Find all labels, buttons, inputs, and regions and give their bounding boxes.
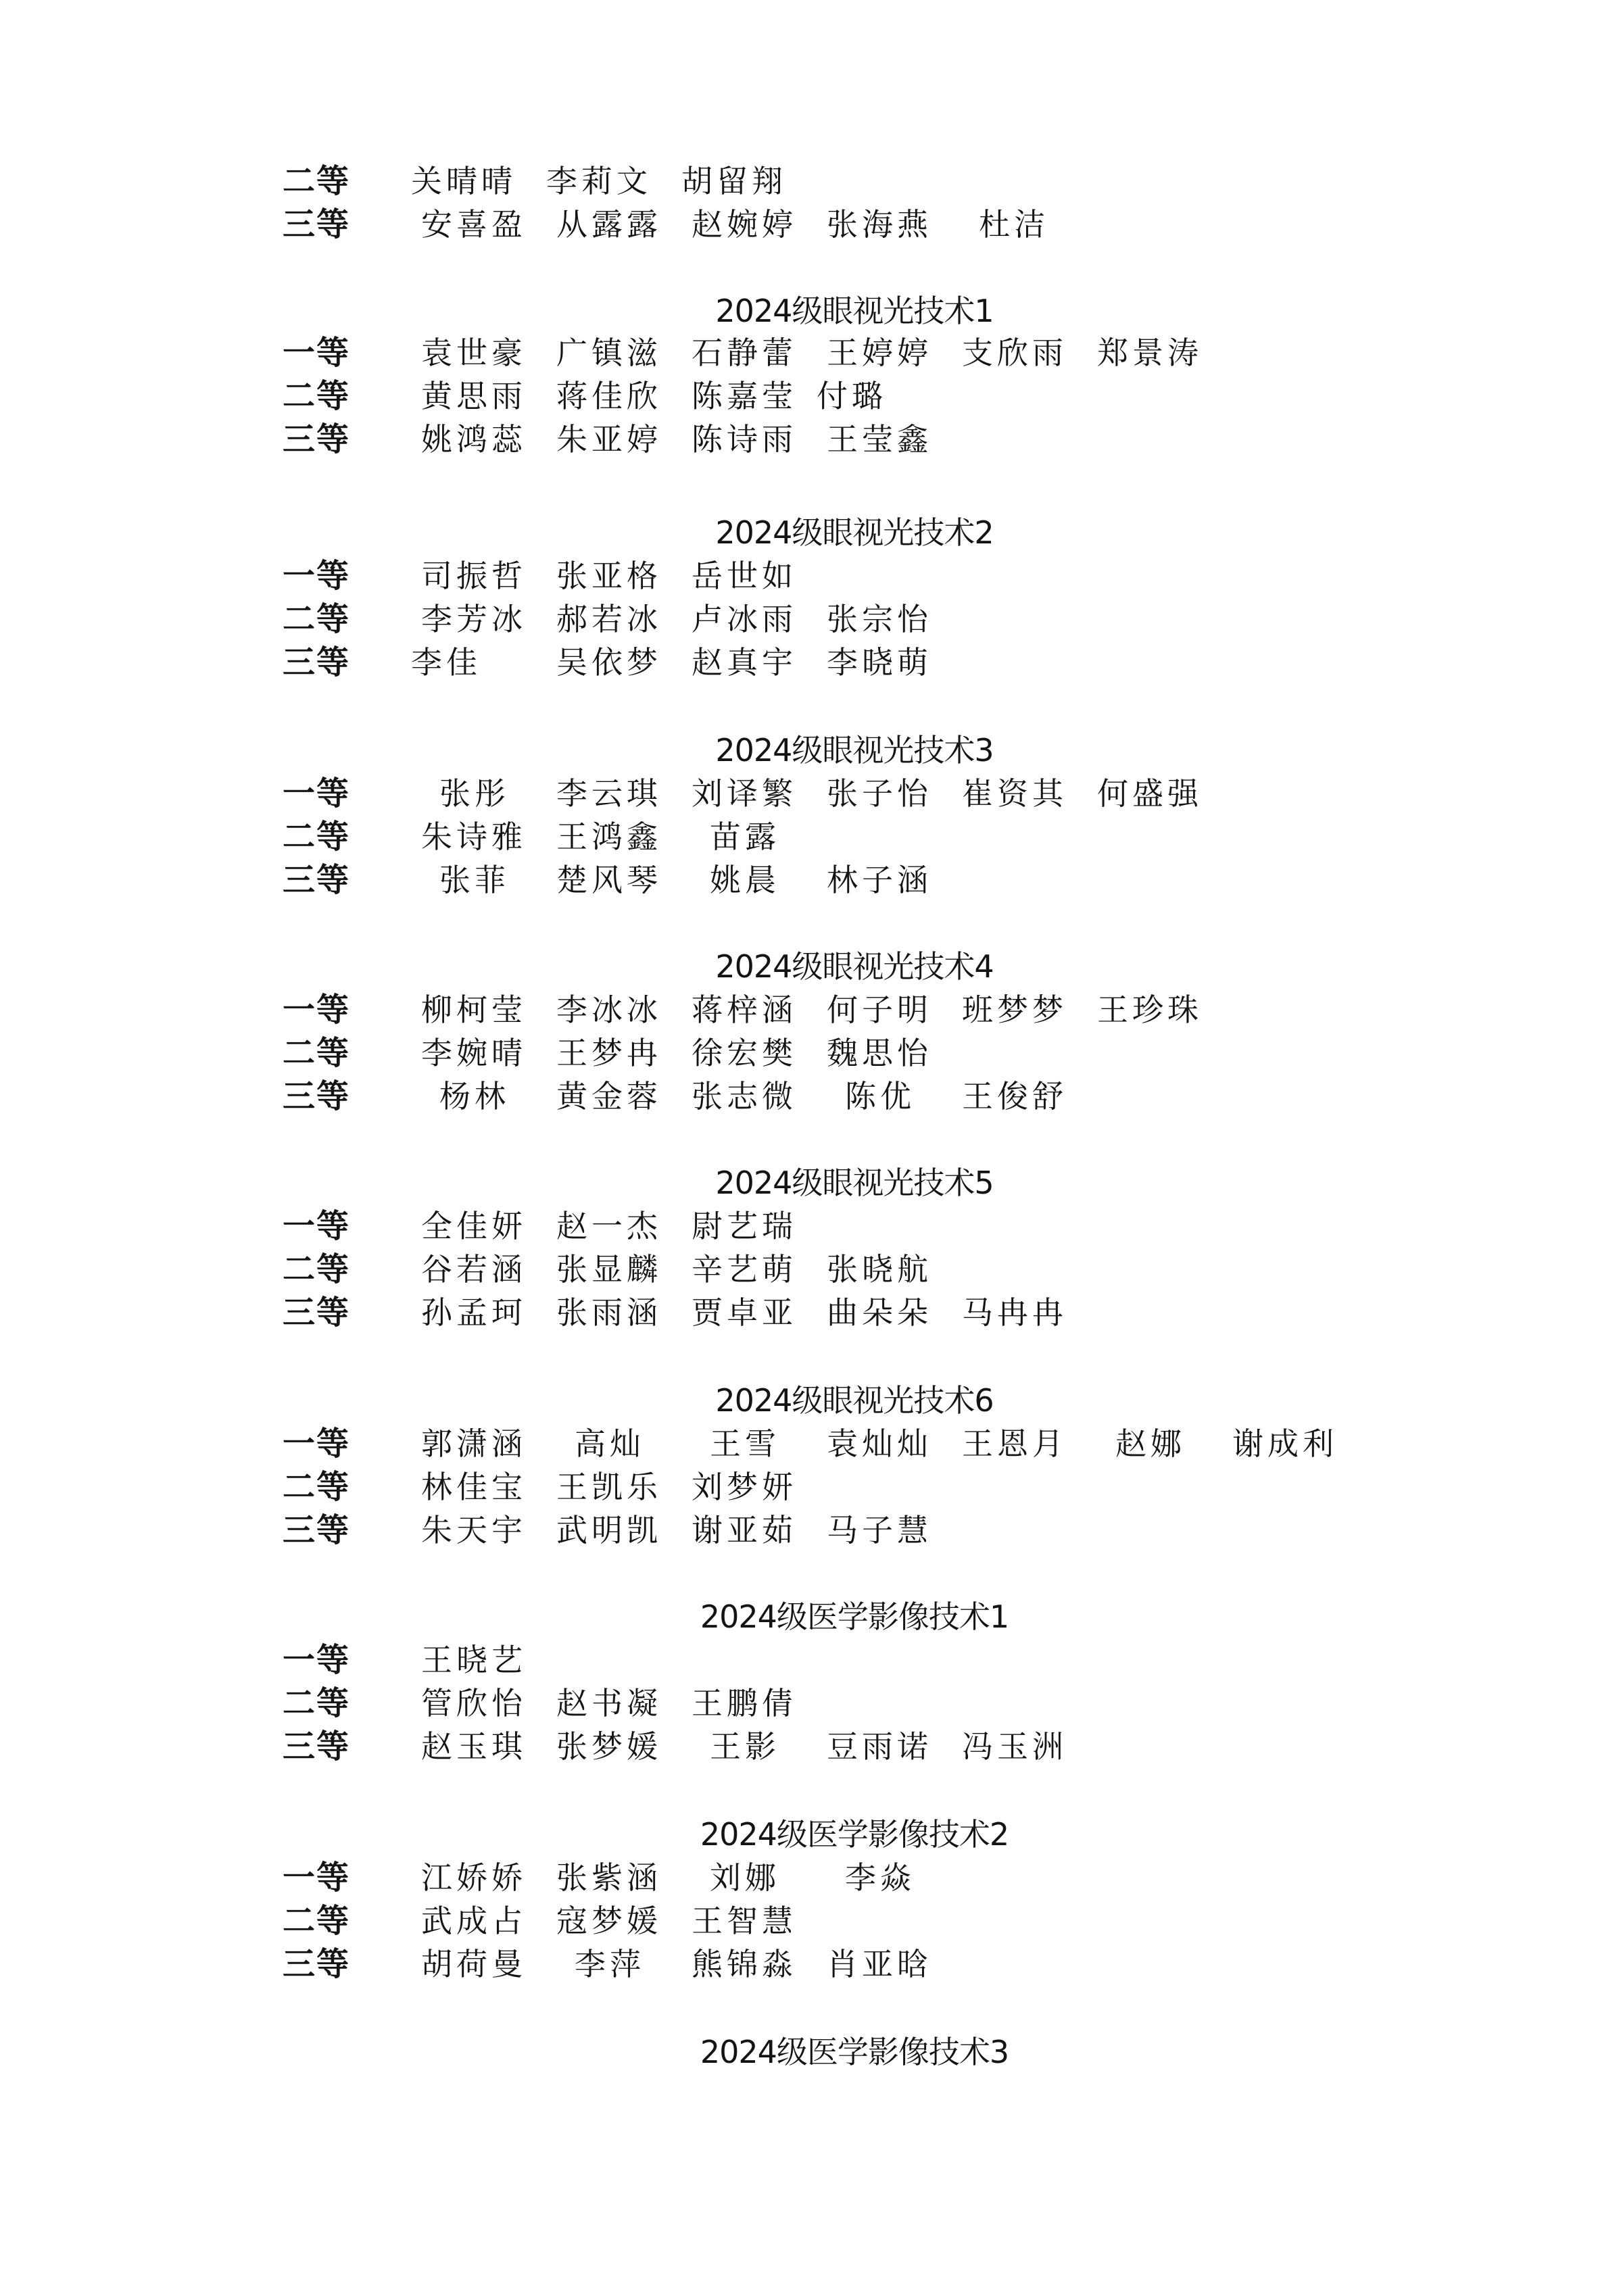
rank-label: 三等 [283,1292,350,1333]
student-name: 石静蕾 [692,333,797,373]
student-name: 班梦梦 [962,990,1067,1030]
rank-label: 一等 [283,1206,350,1246]
class-section-title: 2024级医学影像技术1 [0,1598,1621,1636]
rank-label: 二等 [283,376,350,416]
student-name: 冯玉洲 [962,1726,1067,1767]
student-name: 赵玉琪 [421,1726,527,1767]
student-name: 苗露 [710,816,780,857]
student-name: 林子涵 [827,860,932,900]
student-name: 辛艺萌 [692,1249,797,1290]
student-name: 袁世豪 [421,333,527,373]
student-name: 谷若涵 [421,1249,527,1290]
rank-label: 三等 [283,642,350,683]
award-list-page: 二等 关晴晴 李莉文 胡留翔 三等 安喜盈 从露露 赵婉婷 张海燕 杜洁 202… [0,0,1621,2296]
student-name: 王鸿鑫 [556,816,662,857]
student-name: 谢亚茹 [692,1510,797,1550]
student-name: 张子怡 [827,773,932,814]
student-name: 王莹鑫 [827,419,932,460]
student-name: 马冉冉 [962,1292,1067,1333]
class-section-title: 2024级眼视光技术6 [0,1382,1621,1419]
rank-label: 三等 [283,1076,350,1117]
student-name: 江娇娇 [421,1857,527,1898]
student-name: 杜洁 [979,204,1049,245]
student-name: 李冰冰 [556,990,662,1030]
student-name: 王影 [710,1726,780,1767]
student-name: 赵书凝 [556,1683,662,1724]
student-name: 张海燕 [827,204,932,245]
student-name: 全佳妍 [421,1206,527,1246]
rank-label: 一等 [283,1423,350,1464]
class-section-title: 2024级眼视光技术5 [0,1164,1621,1202]
student-name: 广镇滋 [556,333,662,373]
student-name: 王恩月 [962,1423,1067,1464]
student-name: 张宗怡 [827,599,932,639]
rank-label: 三等 [283,860,350,900]
student-name: 张紫涵 [556,1857,662,1898]
student-name: 蒋梓涵 [692,990,797,1030]
student-name: 胡荷曼 [421,1944,527,1984]
student-name: 姚晨 [710,860,780,900]
student-name: 黄金蓉 [556,1076,662,1117]
student-name: 刘梦妍 [692,1467,797,1507]
student-name: 王梦冉 [556,1033,662,1073]
student-name: 赵娜 [1115,1423,1186,1464]
class-section-title: 2024级眼视光技术1 [0,292,1621,330]
rank-label: 二等 [283,1683,350,1724]
student-name: 蒋佳欣 [556,376,662,416]
student-name: 孙孟珂 [421,1292,527,1333]
student-name: 张显麟 [556,1249,662,1290]
rank-label: 三等 [283,1510,350,1550]
rank-label: 二等 [283,1901,350,1941]
student-name: 武明凯 [556,1510,662,1550]
student-name: 杨林 [439,1076,510,1117]
student-name: 李佳 [411,642,481,683]
rank-label: 三等 [283,204,350,245]
student-name: 吴依梦 [556,642,662,683]
class-section-title: 2024级眼视光技术2 [0,514,1621,552]
rank-label: 三等 [283,419,350,460]
student-name: 柳柯莹 [421,990,527,1030]
rank-label: 一等 [283,773,350,814]
student-name: 黄思雨 [421,376,527,416]
student-name: 刘娜 [710,1857,780,1898]
student-name: 赵真宇 [692,642,797,683]
student-name: 岳世如 [692,556,797,596]
student-name: 何盛强 [1097,773,1203,814]
student-name: 王雪 [710,1423,780,1464]
student-name: 肖亚晗 [827,1944,932,1984]
student-name: 姚鸿蕊 [421,419,527,460]
student-name: 王俊舒 [962,1076,1067,1117]
class-section-title: 2024级眼视光技术3 [0,731,1621,769]
student-name: 郝若冰 [556,599,662,639]
student-name: 郭潇涵 [421,1423,527,1464]
student-name: 王珍珠 [1097,990,1203,1030]
student-name: 袁灿灿 [827,1423,932,1464]
student-name: 李婉晴 [421,1033,527,1073]
student-name: 王凯乐 [556,1467,662,1507]
student-name: 付璐 [817,376,887,416]
student-name: 安喜盈 [421,204,527,245]
class-section-title: 2024级眼视光技术4 [0,948,1621,985]
student-name: 魏思怡 [827,1033,932,1073]
student-name: 马子慧 [827,1510,932,1550]
student-name: 李晓萌 [827,642,932,683]
rank-label: 三等 [283,1944,350,1984]
student-name: 张梦媛 [556,1726,662,1767]
rank-label: 二等 [283,1249,350,1290]
student-name: 王智慧 [692,1901,797,1941]
rank-label: 二等 [283,1033,350,1073]
student-name: 李萍 [575,1944,645,1984]
student-name: 王婷婷 [827,333,932,373]
rank-label: 一等 [283,333,350,373]
student-name: 张菲 [439,860,510,900]
rank-label: 一等 [283,990,350,1030]
student-name: 司振哲 [421,556,527,596]
student-name: 李莉文 [546,161,652,201]
student-name: 何子明 [827,990,932,1030]
student-name: 高灿 [575,1423,645,1464]
student-name: 曲朵朵 [827,1292,932,1333]
rank-label: 二等 [283,1467,350,1507]
student-name: 尉艺瑞 [692,1206,797,1246]
rank-label: 二等 [283,161,350,201]
student-name: 郑景涛 [1097,333,1203,373]
student-name: 赵一杰 [556,1206,662,1246]
student-name: 刘译繁 [692,773,797,814]
rank-label: 三等 [283,1726,350,1767]
rank-label: 一等 [283,556,350,596]
student-name: 陈优 [845,1076,915,1117]
student-name: 李焱 [845,1857,915,1898]
student-name: 赵婉婷 [692,204,797,245]
student-name: 熊锦淼 [692,1944,797,1984]
student-name: 朱亚婷 [556,419,662,460]
rank-label: 一等 [283,1640,350,1680]
student-name: 张彤 [439,773,510,814]
student-name: 陈嘉莹 [692,376,797,416]
student-name: 豆雨诺 [827,1726,932,1767]
student-name: 贾卓亚 [692,1292,797,1333]
student-name: 武成占 [421,1901,527,1941]
student-name: 张志微 [692,1076,797,1117]
class-section-title: 2024级医学影像技术2 [0,1815,1621,1853]
student-name: 支欣雨 [962,333,1067,373]
rank-label: 二等 [283,816,350,857]
student-name: 寇梦媛 [556,1901,662,1941]
student-name: 张雨涵 [556,1292,662,1333]
rank-label: 二等 [283,599,350,639]
student-name: 林佳宝 [421,1467,527,1507]
student-name: 张亚格 [556,556,662,596]
student-name: 管欣怡 [421,1683,527,1724]
student-name: 谢成利 [1232,1423,1338,1464]
student-name: 关晴晴 [411,161,516,201]
student-name: 王晓艺 [421,1640,527,1680]
rank-label: 一等 [283,1857,350,1898]
student-name: 朱天宇 [421,1510,527,1550]
class-section-title: 2024级医学影像技术3 [0,2033,1621,2071]
student-name: 从露露 [556,204,662,245]
student-name: 徐宏樊 [692,1033,797,1073]
student-name: 楚风琴 [556,860,662,900]
student-name: 李云琪 [556,773,662,814]
student-name: 张晓航 [827,1249,932,1290]
student-name: 朱诗雅 [421,816,527,857]
student-name: 王鹏倩 [692,1683,797,1724]
student-name: 崔资其 [962,773,1067,814]
student-name: 卢冰雨 [692,599,797,639]
student-name: 胡留翔 [681,161,787,201]
student-name: 陈诗雨 [692,419,797,460]
student-name: 李芳冰 [421,599,527,639]
